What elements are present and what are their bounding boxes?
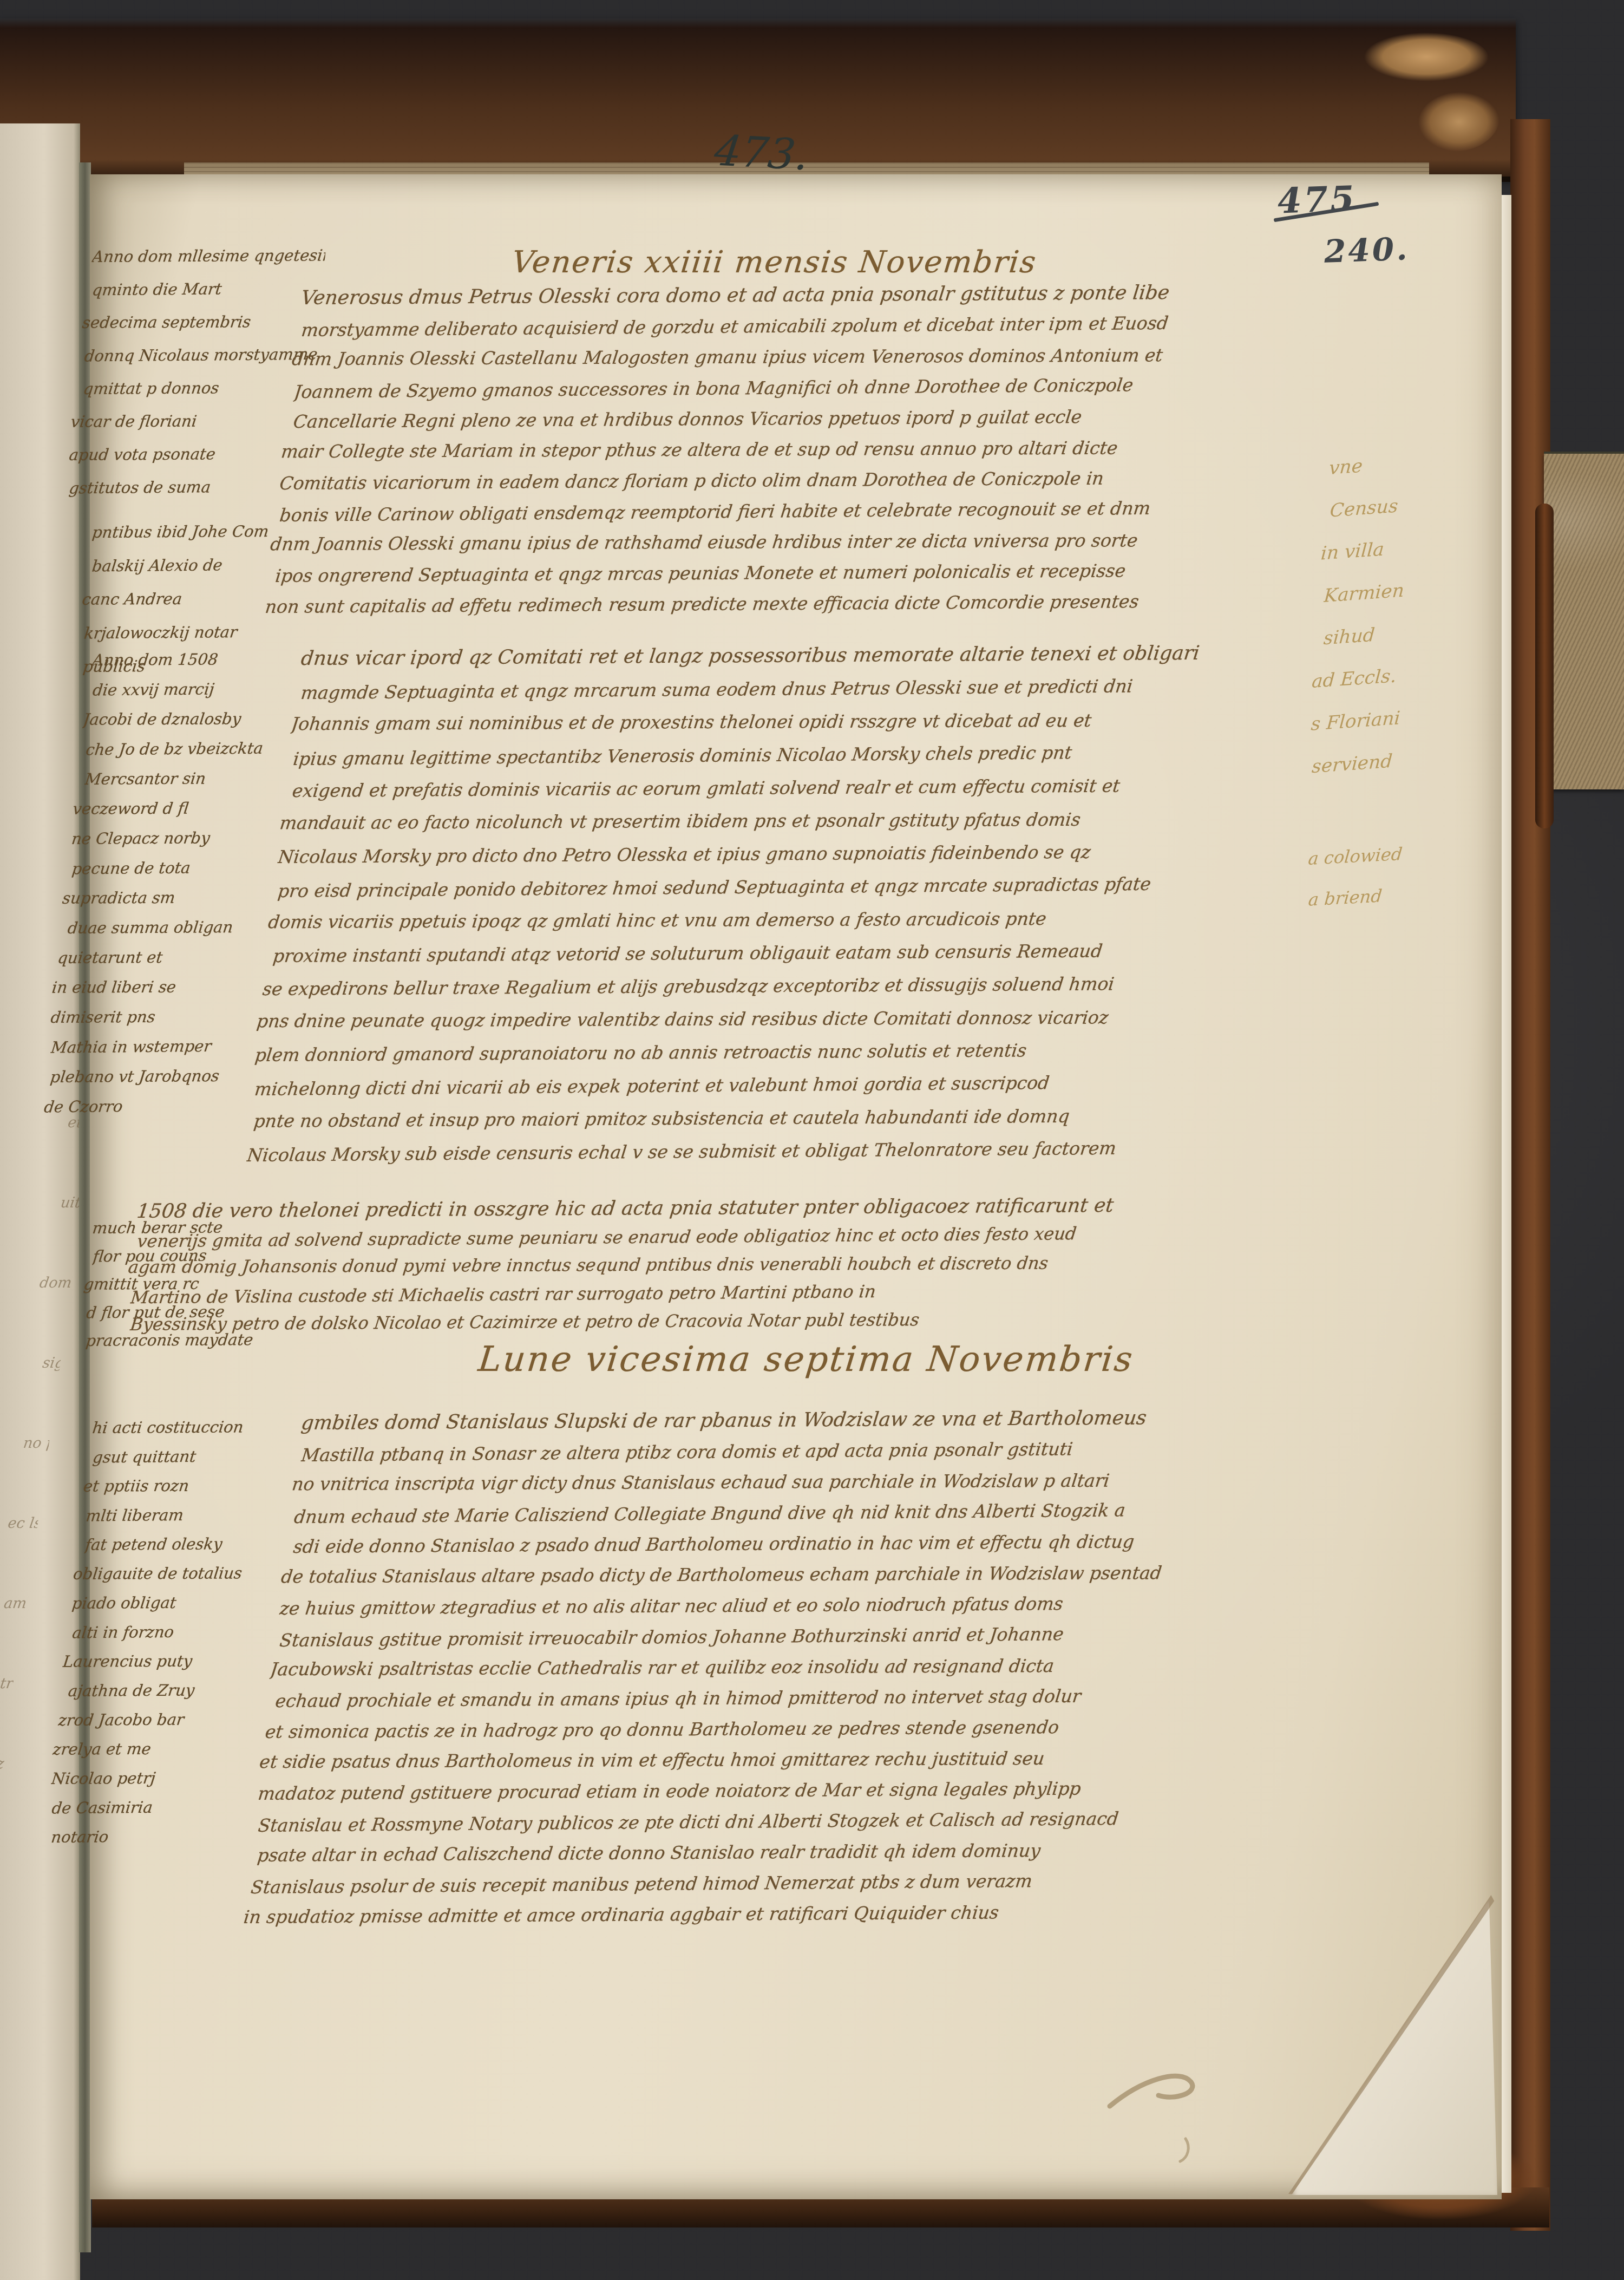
session-heading-lune: Lune vicesima septima Novembris bbox=[476, 1340, 1136, 1380]
ink-flourish-mark bbox=[1077, 2057, 1218, 2166]
act2-body-text: dnus vicar ipord qz Comitati ret et lang… bbox=[241, 636, 1365, 1171]
folio-number-pencil: 240. bbox=[1324, 230, 1410, 270]
act1-body-text: Venerosus dmus Petrus Olesski cora domo … bbox=[264, 276, 1365, 622]
page-edge-highlight bbox=[1501, 195, 1511, 2193]
act3-body-text: 1508 die vero thelonei predicti in osszg… bbox=[122, 1190, 1385, 1338]
clasp-strap-suede bbox=[1544, 454, 1624, 789]
book-cover-right-edge bbox=[1510, 119, 1550, 2231]
leather-tear-patch bbox=[1364, 32, 1489, 81]
act4-body-text: gmbiles domd Stanislaus Slupski de rar p… bbox=[242, 1401, 1365, 1932]
folio-number-ink: 473. bbox=[712, 127, 811, 180]
clasp-strap-leather bbox=[1535, 504, 1554, 828]
session-heading-veneris: Veneris xxiiii mensis Novembris bbox=[510, 245, 1039, 280]
